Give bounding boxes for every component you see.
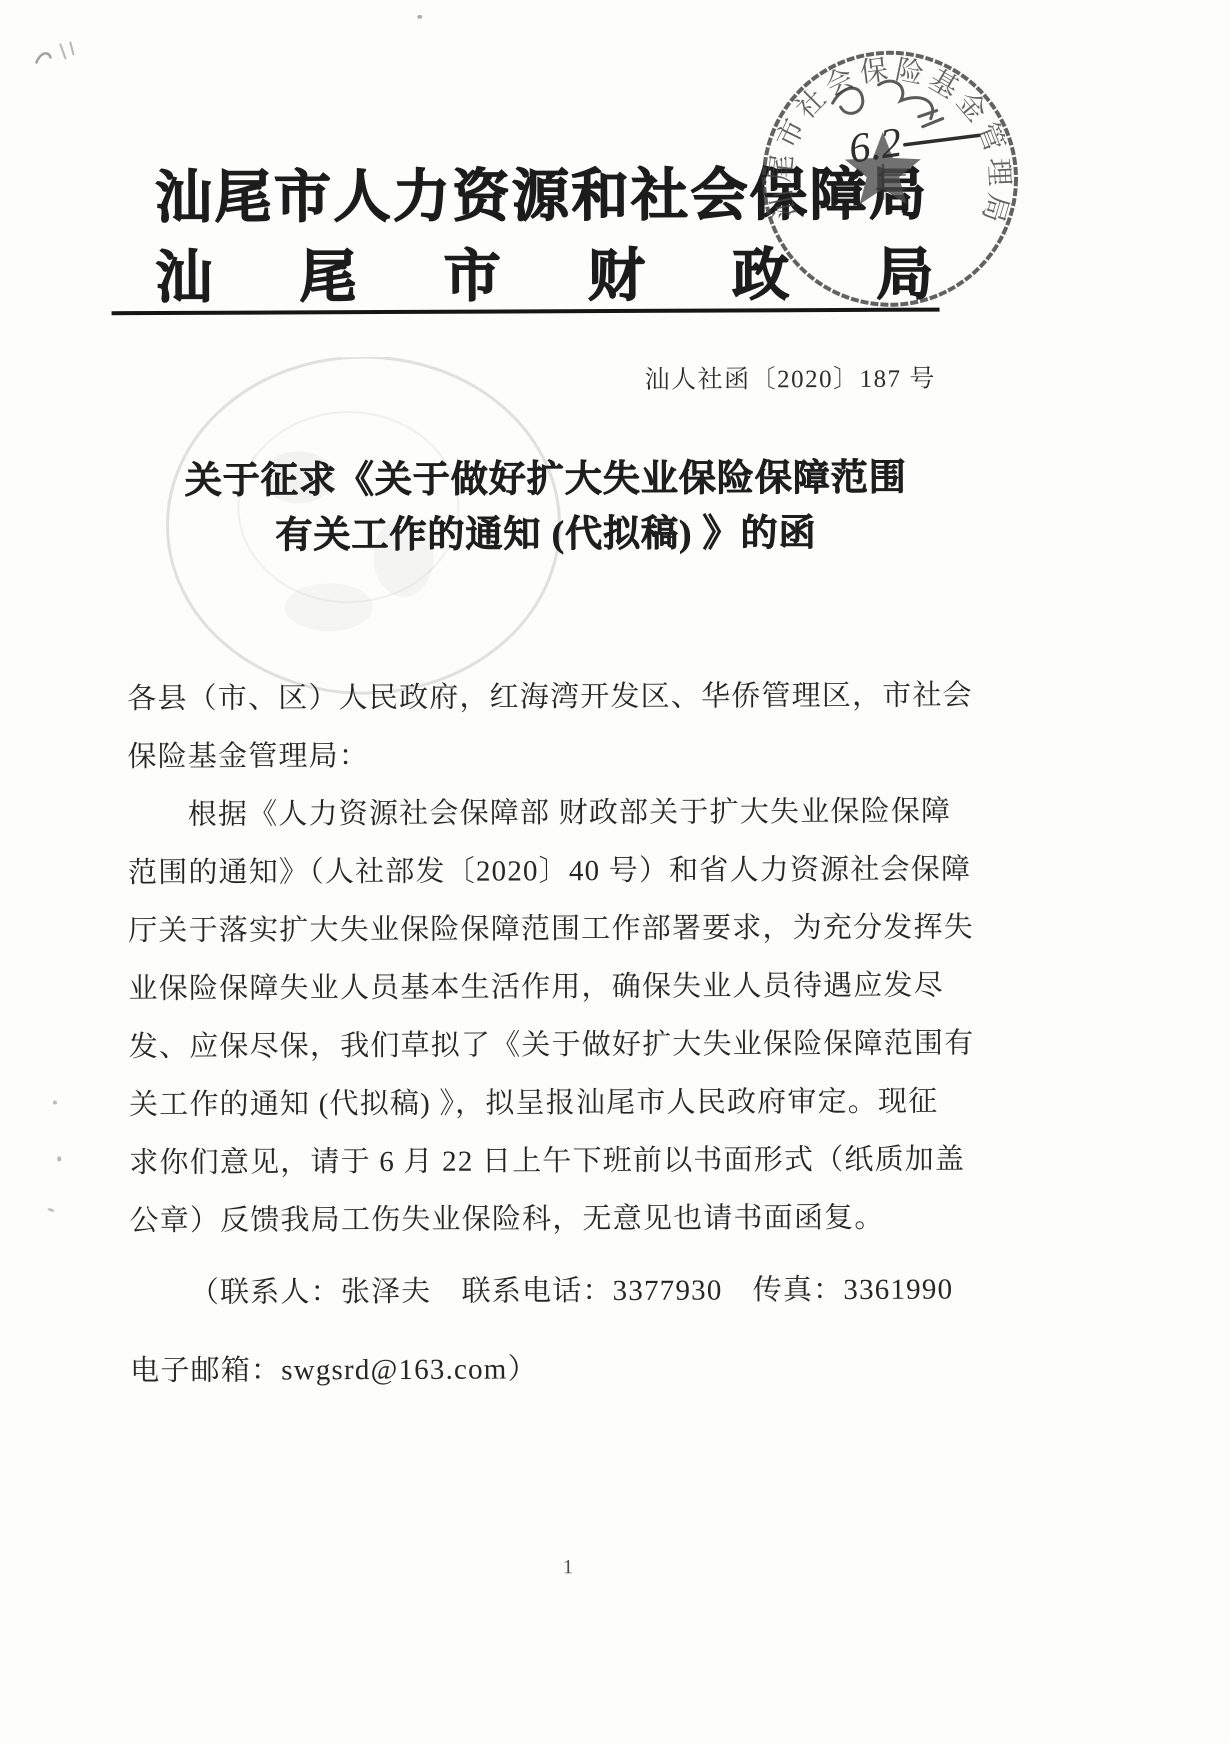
official-round-seal: 汕尾市社会保险基金管理局 6.2 (682, 24, 1059, 350)
body-line: 范围的通知》（人社部发〔2020〕40 号）和省人力资源社会保障 (128, 841, 948, 903)
body-line: 关工作的通知 (代拟稿) 》，拟呈报汕尾市人民政府审定。现征 (129, 1073, 949, 1135)
body-line: 业保险保障失业人员基本生活作用，确保失业人员待遇应发尽 (128, 957, 948, 1019)
page-number: 1 (563, 1556, 573, 1579)
org2-char: 财 (588, 230, 645, 312)
handwritten-mark (26, 32, 96, 92)
handwritten-dash (905, 135, 979, 144)
doc-number: 汕人社函〔2020〕187 号 (126, 359, 936, 399)
scan-artifact-dot (47, 1207, 55, 1212)
scan-artifact-dot (417, 15, 422, 19)
body-line: 求你们意见，请于 6 月 22 日上午下班前以书面形式（纸质加盖 (129, 1131, 949, 1193)
org2-char: 汕 (155, 232, 212, 314)
document-page: 汕尾市人力资源和社会保障局 汕 尾 市 财 政 局 汕人社函〔2020〕187 … (0, 0, 1230, 1743)
document-body: 各县（市、区）人民政府，红海湾开发区、华侨管理区，市社会 保险基金管理局： 根据… (127, 667, 950, 1401)
body-line: 保险基金管理局： (127, 725, 947, 787)
scan-artifact-dot (53, 1100, 57, 1104)
scan-artifact-dot (57, 1156, 61, 1161)
body-line: 公章）反馈我局工伤失业保险科，无意见也请书面函复。 (129, 1189, 949, 1251)
org2-char: 市 (444, 230, 501, 312)
title-line1: 关于征求《关于做好扩大失业保险保障范围 (138, 451, 953, 510)
org2-char: 尾 (299, 231, 356, 313)
body-line: 厅关于落实扩大失业保险保障范围工作部署要求，为充分发挥失 (128, 899, 948, 961)
scan-content: 汕尾市人力资源和社会保障局 汕 尾 市 财 政 局 汕人社函〔2020〕187 … (0, 0, 1230, 1743)
body-line: 根据《人力资源社会保障部 财政部关于扩大失业保险保障 (128, 783, 948, 845)
body-line-contact: （联系人：张泽夫 联系电话：3377930 传真：3361990 (130, 1261, 950, 1323)
body-line: 各县（市、区）人民政府，红海湾开发区、华侨管理区，市社会 (127, 667, 947, 729)
title-line2: 有关工作的通知 (代拟稿) 》的函 (138, 506, 953, 565)
body-line-email: 电子邮箱：swgsrd@163.com） (130, 1339, 950, 1401)
handwritten-date: 6.2 (846, 120, 905, 173)
document-title: 关于征求《关于做好扩大失业保险保障范围 有关工作的通知 (代拟稿) 》的函 (138, 451, 953, 565)
body-line: 发、应保尽保，我们草拟了《关于做好扩大失业保险保障范围有 (129, 1015, 949, 1077)
